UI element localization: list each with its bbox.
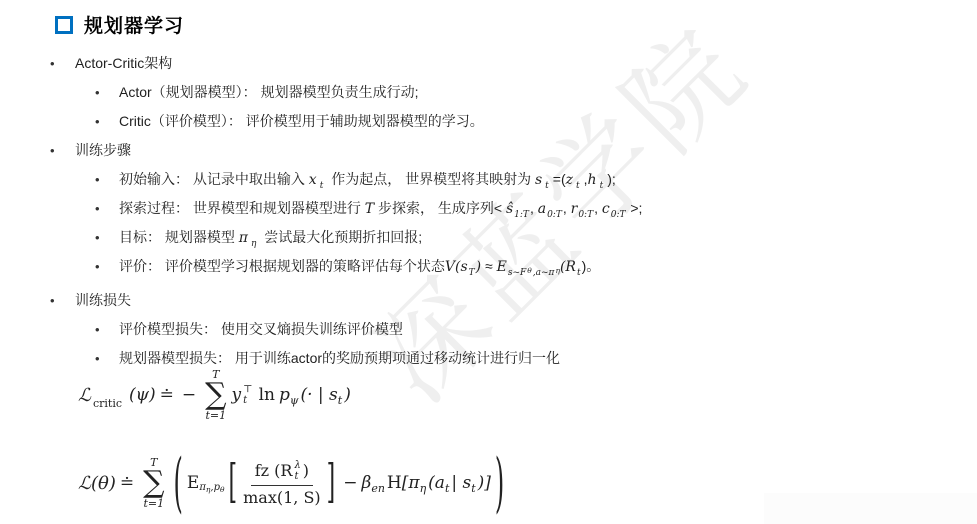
- math-var: π: [239, 230, 248, 246]
- math-var: β: [361, 473, 371, 493]
- math-var: (a: [428, 473, 445, 493]
- expectation-subscript: πη,pθ: [199, 482, 224, 494]
- bullet-critic-loss: • 评价模型损失： 使用交叉熵损失训练评价模型: [95, 320, 403, 339]
- bullet-actor-critic: • Actor-Critic架构: [50, 54, 172, 73]
- math-sub: t: [471, 482, 475, 495]
- fraction-denominator: max(1, S): [243, 486, 321, 507]
- math-sub: η: [251, 235, 256, 254]
- bullet-marker: •: [95, 257, 119, 283]
- bullet-training-steps: • 训练步骤: [50, 141, 131, 160]
- math-sub: en: [371, 482, 385, 495]
- text-seg: 探索过程： 世界模型和规划器模型进行: [119, 200, 365, 216]
- math-sub: 1:T: [514, 206, 529, 225]
- math-sub: π: [199, 482, 206, 493]
- doteq-operator: ≐: [120, 473, 134, 493]
- bullet-marker: •: [95, 199, 119, 225]
- math-var: | s: [451, 473, 471, 493]
- math-seg: ): [303, 462, 309, 480]
- math-var: V(s: [445, 259, 468, 275]
- fraction: fz (Rλt) max(1, S): [243, 460, 321, 507]
- minus-operator: −: [343, 473, 357, 493]
- math-sub: s~F: [508, 264, 526, 283]
- line-text: 目标： 规划器模型 πη 尝试最大化预期折扣回报;: [119, 228, 422, 254]
- text-seg: 评价： 评价模型学习根据规划器的策略评估每个状态: [119, 258, 445, 274]
- math-var: z: [566, 172, 573, 188]
- math-sub: t: [320, 177, 324, 196]
- math-seg: fz (R: [255, 462, 293, 480]
- formula-critic-loss: ℒ critic (ψ) ≐ − T ∑ t=1 y ⊤ t ln p ψ (·…: [78, 366, 351, 424]
- math-var: p: [279, 385, 290, 405]
- text-seg: 作为起点， 世界模型将其映射为: [327, 171, 535, 187]
- summation: T ∑ t=1: [143, 457, 164, 509]
- math-sup: ⊤: [243, 384, 252, 395]
- doteq-operator: ≐: [160, 385, 174, 405]
- math-var: a: [538, 201, 546, 217]
- math-subsub: θ: [220, 485, 225, 494]
- bullet-marker: •: [95, 320, 119, 339]
- bullet-explore: • 探索过程： 世界模型和规划器模型进行 T 步探索， 生成序列< ŝ1:T, …: [95, 199, 642, 225]
- text-seg: ,: [563, 200, 571, 216]
- math-var: s: [535, 172, 542, 188]
- text-seg: ,: [530, 200, 538, 216]
- sup-sub-stack: λt: [294, 460, 300, 482]
- math-sub: η: [420, 482, 427, 495]
- math-var: r: [571, 201, 578, 217]
- math-sub: 0:T: [611, 206, 626, 225]
- minus-operator: −: [182, 385, 196, 405]
- math-var: )]: [478, 473, 491, 493]
- line-text: 训练损失: [75, 291, 131, 310]
- page-title: 规划器学习: [84, 11, 184, 38]
- math-sub: ,a~π: [533, 264, 555, 283]
- math-sub: t: [445, 482, 449, 495]
- math-sub: critic: [93, 397, 122, 410]
- text-seg: ≈: [481, 258, 496, 274]
- slide-title-row: 规划器学习: [55, 11, 184, 38]
- line-text: 探索过程： 世界模型和规划器模型进行 T 步探索， 生成序列< ŝ1:T, a0…: [119, 199, 642, 225]
- bullet-marker: •: [95, 112, 119, 131]
- text-seg: );: [607, 171, 616, 187]
- summation: T ∑ t=1: [205, 369, 226, 421]
- math-sup: λ: [294, 460, 300, 471]
- text-seg: =(: [553, 171, 566, 187]
- math-sub: 0:T: [547, 206, 562, 225]
- left-paren: (: [174, 445, 183, 521]
- math-sub: t: [577, 264, 581, 283]
- ln-operator: ln: [259, 385, 275, 405]
- bullet-evaluate: • 评价： 评价模型学习根据规划器的策略评估每个状态V(sT) ≈ Es~Fθ,…: [95, 257, 600, 283]
- math-var: (R: [560, 259, 576, 275]
- bullet-marker: •: [95, 228, 119, 254]
- math-subsub: θ: [527, 261, 532, 280]
- math-var: (· | s: [300, 385, 337, 405]
- math-var: T: [365, 201, 374, 217]
- bullet-training-loss: • 训练损失: [50, 291, 131, 310]
- line-text: 评价模型损失： 使用交叉熵损失训练评价模型: [119, 320, 403, 339]
- math-sub: t: [600, 177, 604, 196]
- left-bracket: [: [229, 457, 238, 510]
- math-sub: t: [545, 177, 549, 196]
- math-var: ŝ: [506, 201, 513, 217]
- math-var: ℒ: [78, 385, 91, 406]
- bullet-goal: • 目标： 规划器模型 πη 尝试最大化预期折扣回报;: [95, 228, 422, 254]
- math-sub: t: [294, 471, 300, 482]
- math-var: c: [602, 201, 610, 217]
- entropy-operator: H: [387, 473, 402, 493]
- text-seg: ,: [594, 200, 602, 216]
- text-seg: 尝试最大化预期折扣回报;: [260, 229, 422, 245]
- math-sub: t: [243, 395, 252, 406]
- sigma-icon: ∑: [205, 382, 226, 408]
- text-seg: 步探索， 生成序列<: [374, 200, 506, 216]
- line-text: 初始输入： 从记录中取出输入 xt 作为起点， 世界模型将其映射为 st=(zt…: [119, 170, 616, 196]
- bullet-marker: •: [50, 141, 75, 160]
- math-var: y: [232, 385, 242, 405]
- sup-sub-stack: ⊤ t: [243, 384, 252, 406]
- sigma-icon: ∑: [143, 470, 164, 496]
- math-var: ℒ(θ): [78, 473, 116, 494]
- bullet-marker: •: [95, 170, 119, 196]
- text-seg: 初始输入： 从记录中取出输入: [119, 171, 309, 187]
- fraction-numerator: fz (Rλt): [251, 460, 313, 486]
- line-text: Actor-Critic架构: [75, 54, 172, 73]
- text-seg: 目标： 规划器模型: [119, 229, 239, 245]
- bullet-marker: •: [50, 54, 75, 73]
- line-text: 评价： 评价模型学习根据规划器的策略评估每个状态V(sT) ≈ Es~Fθ,a~…: [119, 257, 600, 283]
- math-sub: 0:T: [578, 206, 593, 225]
- bullet-critic: • Critic（评价模型）： 评价模型用于辅助规划器模型的学习。: [95, 112, 484, 131]
- bullet-marker: •: [95, 83, 119, 102]
- math-sub: T: [469, 264, 475, 283]
- math-sub: ,p: [210, 482, 220, 493]
- math-sub: t: [338, 394, 342, 407]
- math-var: E: [497, 259, 507, 275]
- math-sub: t: [576, 177, 580, 196]
- slide: 深蓝学院 规划器学习 • Actor-Critic架构 • Actor（规划器模…: [0, 0, 977, 524]
- corner-shade: [764, 493, 977, 524]
- text-seg: >;: [626, 200, 642, 216]
- sum-lower-limit: t=1: [144, 498, 165, 509]
- math-var: [π: [402, 473, 420, 493]
- math-var: x: [309, 172, 317, 188]
- text-seg: )。: [582, 258, 601, 274]
- formula-actor-loss: ℒ(θ) ≐ T ∑ t=1 ( E πη,pθ [ fz (Rλt) max(…: [78, 444, 508, 522]
- math-sub: ψ: [290, 394, 299, 407]
- title-square-icon: [55, 16, 73, 34]
- expectation-operator: E: [187, 473, 199, 493]
- bullet-actor: • Actor（规划器模型）： 规划器模型负责生成行动;: [95, 83, 418, 102]
- sum-lower-limit: t=1: [206, 410, 227, 421]
- right-paren: ): [495, 445, 504, 521]
- math-var: ): [344, 385, 351, 405]
- bullet-initial-input: • 初始输入： 从记录中取出输入 xt 作为起点， 世界模型将其映射为 st=(…: [95, 170, 616, 196]
- line-text: 训练步骤: [75, 141, 131, 160]
- bullet-marker: •: [50, 291, 75, 310]
- line-text: Actor（规划器模型）： 规划器模型负责生成行动;: [119, 83, 418, 102]
- line-text: Critic（评价模型）： 评价模型用于辅助规划器模型的学习。: [119, 112, 484, 131]
- right-bracket: ]: [327, 457, 336, 510]
- math-var: ℎ: [588, 172, 597, 188]
- math-var: (ψ): [129, 385, 156, 405]
